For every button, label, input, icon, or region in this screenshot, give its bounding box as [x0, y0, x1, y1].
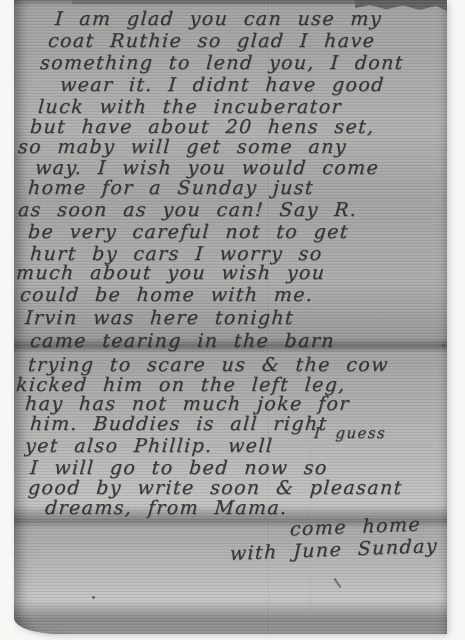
handwriting: I am glad you can use my coat Ruthie so …	[14, 0, 447, 634]
handwritten-line: yet also Phillip. well	[24, 435, 274, 457]
handwritten-line: but have about 20 hens set,	[29, 116, 375, 138]
handwritten-insertion: I guess	[313, 424, 386, 442]
handwritten-line: wear it. I didnt have good	[59, 74, 385, 96]
handwritten-line: could be home with me.	[19, 284, 314, 306]
handwritten-line: trying to scare us & the cow	[27, 354, 389, 376]
handwritten-line: home for a Sunday just	[27, 177, 315, 199]
handwritten-line: I will go to bed now so	[29, 457, 328, 479]
handwritten-line: I am glad you can use my	[54, 8, 383, 30]
handwritten-line: be very careful not to get	[27, 221, 349, 243]
handwritten-line: as soon as you can! Say R.	[17, 199, 358, 221]
handwritten-line: hay has not much joke for	[24, 393, 350, 415]
handwritten-line: Irvin was here tonight	[24, 307, 295, 329]
handwritten-signature-line: dreams, from Mama.	[44, 497, 288, 519]
letter-photo: I am glad you can use my coat Ruthie so …	[0, 0, 465, 640]
handwritten-line: luck with the incuberator	[37, 96, 343, 118]
handwritten-line: him. Buddies is all right	[29, 413, 328, 435]
handwritten-line: way. I wish you would come	[34, 157, 380, 179]
handwritten-line: something to lend you, I dont	[39, 52, 404, 74]
handwritten-line: coat Ruthie so glad I have	[47, 30, 376, 52]
handwritten-line: good by write soon & pleasant	[27, 477, 403, 499]
handwritten-line: came tearing in the barn	[29, 330, 336, 352]
handwritten-postscript: with June Sunday	[229, 535, 438, 565]
handwritten-line: so maby will get some any	[17, 136, 347, 158]
handwritten-line: much about you wish you	[15, 262, 326, 284]
letter-paper: I am glad you can use my coat Ruthie so …	[14, 0, 447, 634]
